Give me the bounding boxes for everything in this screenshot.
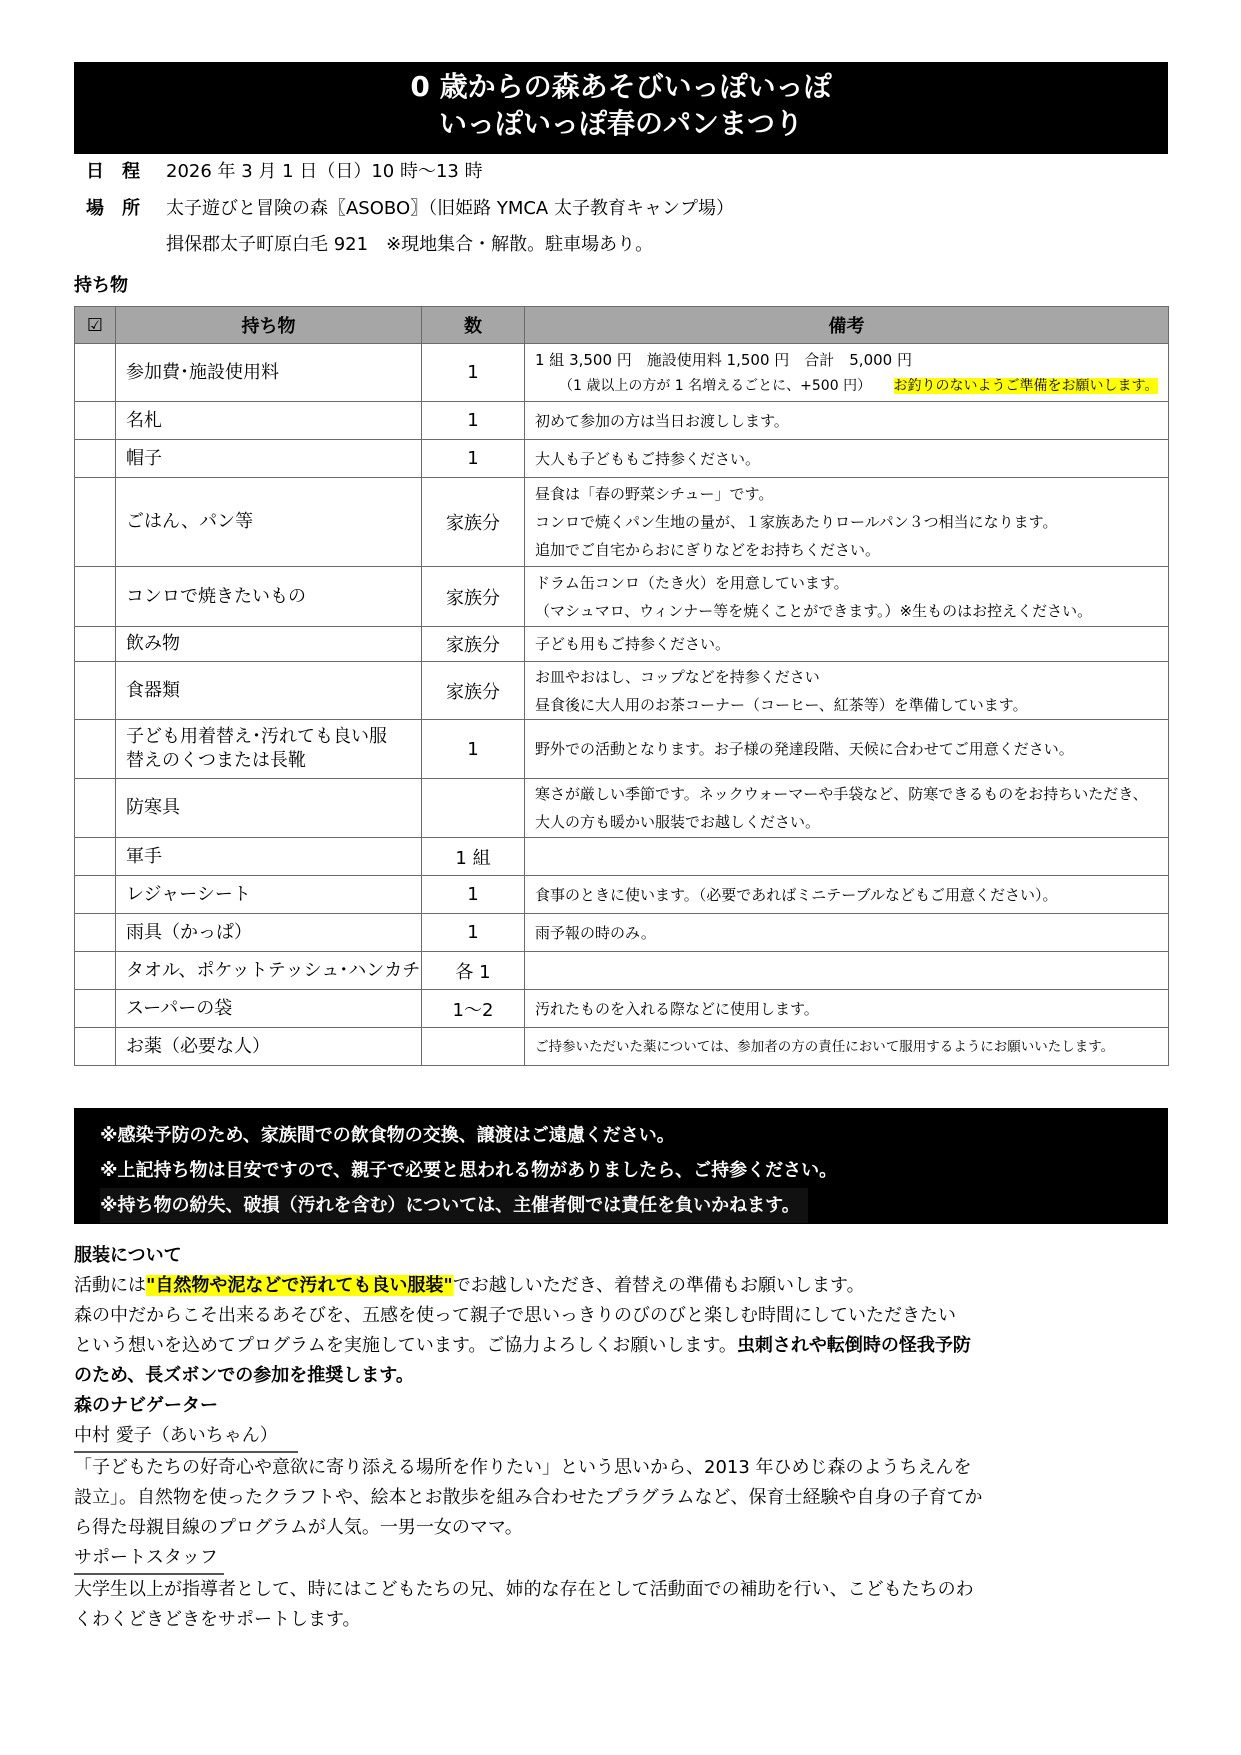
clothing-bold-line3: のため、長ズボンでの参加を推奨します。 [74,1361,1174,1391]
table-header-row: ☑ 持ち物 数 備考 [75,307,1169,344]
notes-line: ドラム缶コンロ（たき火）を用意しています。 [535,569,1158,597]
check-cell[interactable] [75,402,116,440]
event-title-line1: 0 歳からの森あそびいっぽいっぽ [74,68,1168,105]
navigator-heading: 森のナビゲーター [74,1391,1174,1421]
item-cell: レジャーシート [116,876,422,914]
notes-cell: お皿やおはし、コップなどを持参ください 昼食後に大人用のお茶コーナー（コーヒー、… [525,662,1169,720]
item-column-header: 持ち物 [116,307,422,344]
qty-cell: 1 [422,440,525,478]
notes-cell: 食事のときに使います。（必要であればミニテーブルなどもご用意ください）。 [525,876,1169,914]
item-line: 替えのくつまたは長靴 [126,749,411,773]
clothing-text: という想いを込めてプログラムを実施しています。ご協力よろしくお願いします。 [74,1335,737,1356]
belongings-heading: 持ち物 [74,271,128,297]
table-row: 名札 1 初めて参加の方は当日お渡しします。 [75,402,1169,440]
notes-line: コンロで焼くパン生地の量が、１家族あたりロールパン３つ相当になります。 [535,508,1158,536]
navigator-name: 中村 愛子（あいちゃん） [74,1421,298,1453]
item-cell: 防寒具 [116,779,422,838]
place-row: 場所太子遊びと冒険の森〖ASOBO〗（旧姫路 YMCA 太子教育キャンプ場） [86,197,734,221]
notes-cell: ご持参いただいた薬については、参加者の方の責任において服用するようにお願いいたし… [525,1028,1169,1066]
notes-line: 昼食は「春の野菜シチュー」です。 [535,480,1158,508]
support-line: 大学生以上が指導者として、時にはこどもたちの兄、姉的な存在として活動面での補助を… [74,1575,1174,1605]
clothing-paragraph-1: 活動には"自然物や泥などで汚れても良い服装"でお越しいただき、着替えの準備もお願… [74,1271,1174,1301]
notes-cell [525,838,1169,876]
qty-cell: 家族分 [422,478,525,567]
table-row: 食器類 家族分 お皿やおはし、コップなどを持参ください 昼食後に大人用のお茶コー… [75,662,1169,720]
table-row: コンロで焼きたいもの 家族分 ドラム缶コンロ（たき火）を用意しています。 （マシ… [75,567,1169,627]
check-cell[interactable] [75,720,116,779]
item-cell: 食器類 [116,662,422,720]
event-title-line2: いっぽいっぽ春のパンまつり [74,105,1168,142]
check-cell[interactable] [75,627,116,662]
table-row: 防寒具 寒さが厳しい季節です。ネックウォーマーや手袋など、防寒できるものをお持ち… [75,779,1169,838]
clothing-text: でお越しいただき、着替えの準備もお願いします。 [453,1275,865,1296]
table-row: スーパーの袋 1～2 汚れたものを入れる際などに使用します。 [75,990,1169,1028]
notes-cell: 1 組 3,500 円 施設使用料 1,500 円 合計 5,000 円 （1 … [525,344,1169,402]
date-row: 日程2026 年 3 月 1 日（日）10 時～13 時 [86,160,483,184]
qty-cell: 家族分 [422,662,525,720]
clothing-text: 活動には [74,1275,146,1296]
item-cell: スーパーの袋 [116,990,422,1028]
qty-cell: 家族分 [422,567,525,627]
clothing-paragraph-2-line2: という想いを込めてプログラムを実施しています。ご協力よろしくお願いします。虫刺さ… [74,1331,1174,1361]
notes-cell: 野外での活動となります。お子様の発達段階、天候に合わせてご用意ください。 [525,720,1169,779]
navigator-bio-line: 「子どもたちの好奇心や意欲に寄り添える場所を作りたい」という思いから、2013 … [74,1453,1174,1483]
support-line: くわくどきどきをサポートします。 [74,1605,1174,1635]
qty-cell [422,1028,525,1066]
check-cell[interactable] [75,1028,116,1066]
check-cell[interactable] [75,914,116,952]
qty-cell: 1～2 [422,990,525,1028]
table-row: 帽子 1 大人も子どももご持参ください。 [75,440,1169,478]
qty-cell: 1 [422,914,525,952]
notice-line: ※持ち物の紛失、破損（汚れを含む）については、主催者側では責任を負いかねます。 [100,1188,808,1223]
notes-sub: （1 歳以上の方が 1 名増えるごとに、+500 円） [535,378,871,394]
table-row: タオル、ポケットテッシュ･ハンカチ 各 1 [75,952,1169,990]
notice-box: ※感染予防のため、家族間での飲食物の交換、譲渡はご遠慮ください。 ※上記持ち物は… [74,1108,1168,1224]
event-title-banner: 0 歳からの森あそびいっぽいっぽ いっぽいっぽ春のパンまつり [74,62,1168,154]
clothing-paragraph-2-line1: 森の中だからこそ出来るあそびを、五感を使って親子で思いっきりのびのびと楽しむ時間… [74,1301,1174,1331]
belongings-table: ☑ 持ち物 数 備考 参加費･施設使用料 1 1 組 3,500 円 施設使用料… [74,306,1169,1066]
notes-cell: ドラム缶コンロ（たき火）を用意しています。 （マシュマロ、ウィンナー等を焼くこと… [525,567,1169,627]
notes-cell: 昼食は「春の野菜シチュー」です。 コンロで焼くパン生地の量が、１家族あたりロール… [525,478,1169,567]
notes-line: 大人の方も暖かい服装でお越しください。 [535,808,1158,836]
qty-cell: 1 [422,720,525,779]
notes-cell [525,952,1169,990]
check-cell[interactable] [75,838,116,876]
notes-line: 追加でご自宅からおにぎりなどをお持ちください。 [535,536,1158,564]
item-cell: 飲み物 [116,627,422,662]
check-cell[interactable] [75,876,116,914]
clothing-section: 服装について 活動には"自然物や泥などで汚れても良い服装"でお越しいただき、着替… [74,1241,1174,1635]
item-cell: 雨具（かっぱ） [116,914,422,952]
place-value: 太子遊びと冒険の森〖ASOBO〗（旧姫路 YMCA 太子教育キャンプ場） [166,198,734,219]
item-cell: 軍手 [116,838,422,876]
item-cell: お薬（必要な人） [116,1028,422,1066]
clothing-heading: 服装について [74,1241,1174,1271]
notes-line: 寒さが厳しい季節です。ネックウォーマーや手袋など、防寒できるものをお持ちいただき… [535,780,1158,808]
item-cell: 名札 [116,402,422,440]
item-cell: コンロで焼きたいもの [116,567,422,627]
table-row: 雨具（かっぱ） 1 雨予報の時のみ。 [75,914,1169,952]
clothing-highlight: "自然物や泥などで汚れても良い服装" [146,1275,453,1296]
place-label: 場所 [86,197,166,221]
item-line: 子ども用着替え･汚れても良い服 [126,725,411,749]
support-heading: サポートスタッフ [74,1543,224,1575]
qty-column-header: 数 [422,307,525,344]
table-row: お薬（必要な人） ご持参いただいた薬については、参加者の方の責任において服用する… [75,1028,1169,1066]
qty-cell: 家族分 [422,627,525,662]
notice-line: ※感染予防のため、家族間での飲食物の交換、譲渡はご遠慮ください。 [100,1118,1168,1153]
check-cell[interactable] [75,779,116,838]
check-cell[interactable] [75,567,116,627]
check-cell[interactable] [75,344,116,402]
qty-cell: 1 [422,876,525,914]
place-address: 揖保郡太子町原白毛 921 ※現地集合・解散。駐車場あり。 [166,233,653,257]
check-cell[interactable] [75,952,116,990]
check-cell[interactable] [75,478,116,567]
table-row: ごはん、パン等 家族分 昼食は「春の野菜シチュー」です。 コンロで焼くパン生地の… [75,478,1169,567]
notes-line: （1 歳以上の方が 1 名増えるごとに、+500 円） お釣りのないようご準備を… [535,373,1158,399]
qty-cell: 1 組 [422,838,525,876]
table-row: 子ども用着替え･汚れても良い服 替えのくつまたは長靴 1 野外での活動となります… [75,720,1169,779]
notes-cell: 初めて参加の方は当日お渡しします。 [525,402,1169,440]
notes-line: 昼食後に大人用のお茶コーナー（コーヒー、紅茶等）を準備しています。 [535,691,1158,719]
check-cell[interactable] [75,440,116,478]
check-column-header: ☑ [75,307,116,344]
item-cell: 参加費･施設使用料 [116,344,422,402]
qty-cell [422,779,525,838]
table-row: 軍手 1 組 [75,838,1169,876]
clothing-bold: 虫刺されや転倒時の怪我予防 [737,1335,971,1356]
table-row: 飲み物 家族分 子ども用もご持参ください。 [75,627,1169,662]
notes-line: （マシュマロ、ウィンナー等を焼くことができます。）※生ものはお控えください。 [535,597,1158,625]
notes-cell: 大人も子どももご持参ください。 [525,440,1169,478]
notes-cell: 寒さが厳しい季節です。ネックウォーマーや手袋など、防寒できるものをお持ちいただき… [525,779,1169,838]
check-cell[interactable] [75,662,116,720]
notes-line: お皿やおはし、コップなどを持参ください [535,663,1158,691]
date-label: 日程 [86,160,166,184]
qty-cell: 1 [422,402,525,440]
notes-line: 1 組 3,500 円 施設使用料 1,500 円 合計 5,000 円 [535,347,1158,373]
notes-cell: 子ども用もご持参ください。 [525,627,1169,662]
navigator-bio-line: 設立」。自然物を使ったクラフトや、絵本とお散歩を組み合わせたプラグラムなど、保育… [74,1483,1174,1513]
notice-line: ※上記持ち物は目安ですので、親子で必要と思われる物がありましたら、ご持参ください… [100,1153,1168,1188]
notes-column-header: 備考 [525,307,1169,344]
table-row: レジャーシート 1 食事のときに使います。（必要であればミニテーブルなどもご用意… [75,876,1169,914]
item-cell: 帽子 [116,440,422,478]
qty-cell: 1 [422,344,525,402]
notes-cell: 汚れたものを入れる際などに使用します。 [525,990,1169,1028]
item-cell: タオル、ポケットテッシュ･ハンカチ [116,952,422,990]
date-value: 2026 年 3 月 1 日（日）10 時～13 時 [166,161,483,182]
table-row: 参加費･施設使用料 1 1 組 3,500 円 施設使用料 1,500 円 合計… [75,344,1169,402]
check-cell[interactable] [75,990,116,1028]
item-cell: 子ども用着替え･汚れても良い服 替えのくつまたは長靴 [116,720,422,779]
navigator-bio-line: ら得た母親目線のプログラムが人気。一男一女のママ。 [74,1513,1174,1543]
item-cell: ごはん、パン等 [116,478,422,567]
qty-cell: 各 1 [422,952,525,990]
notes-cell: 雨予報の時のみ。 [525,914,1169,952]
notes-highlight: お釣りのないようご準備をお願いします。 [894,378,1159,394]
